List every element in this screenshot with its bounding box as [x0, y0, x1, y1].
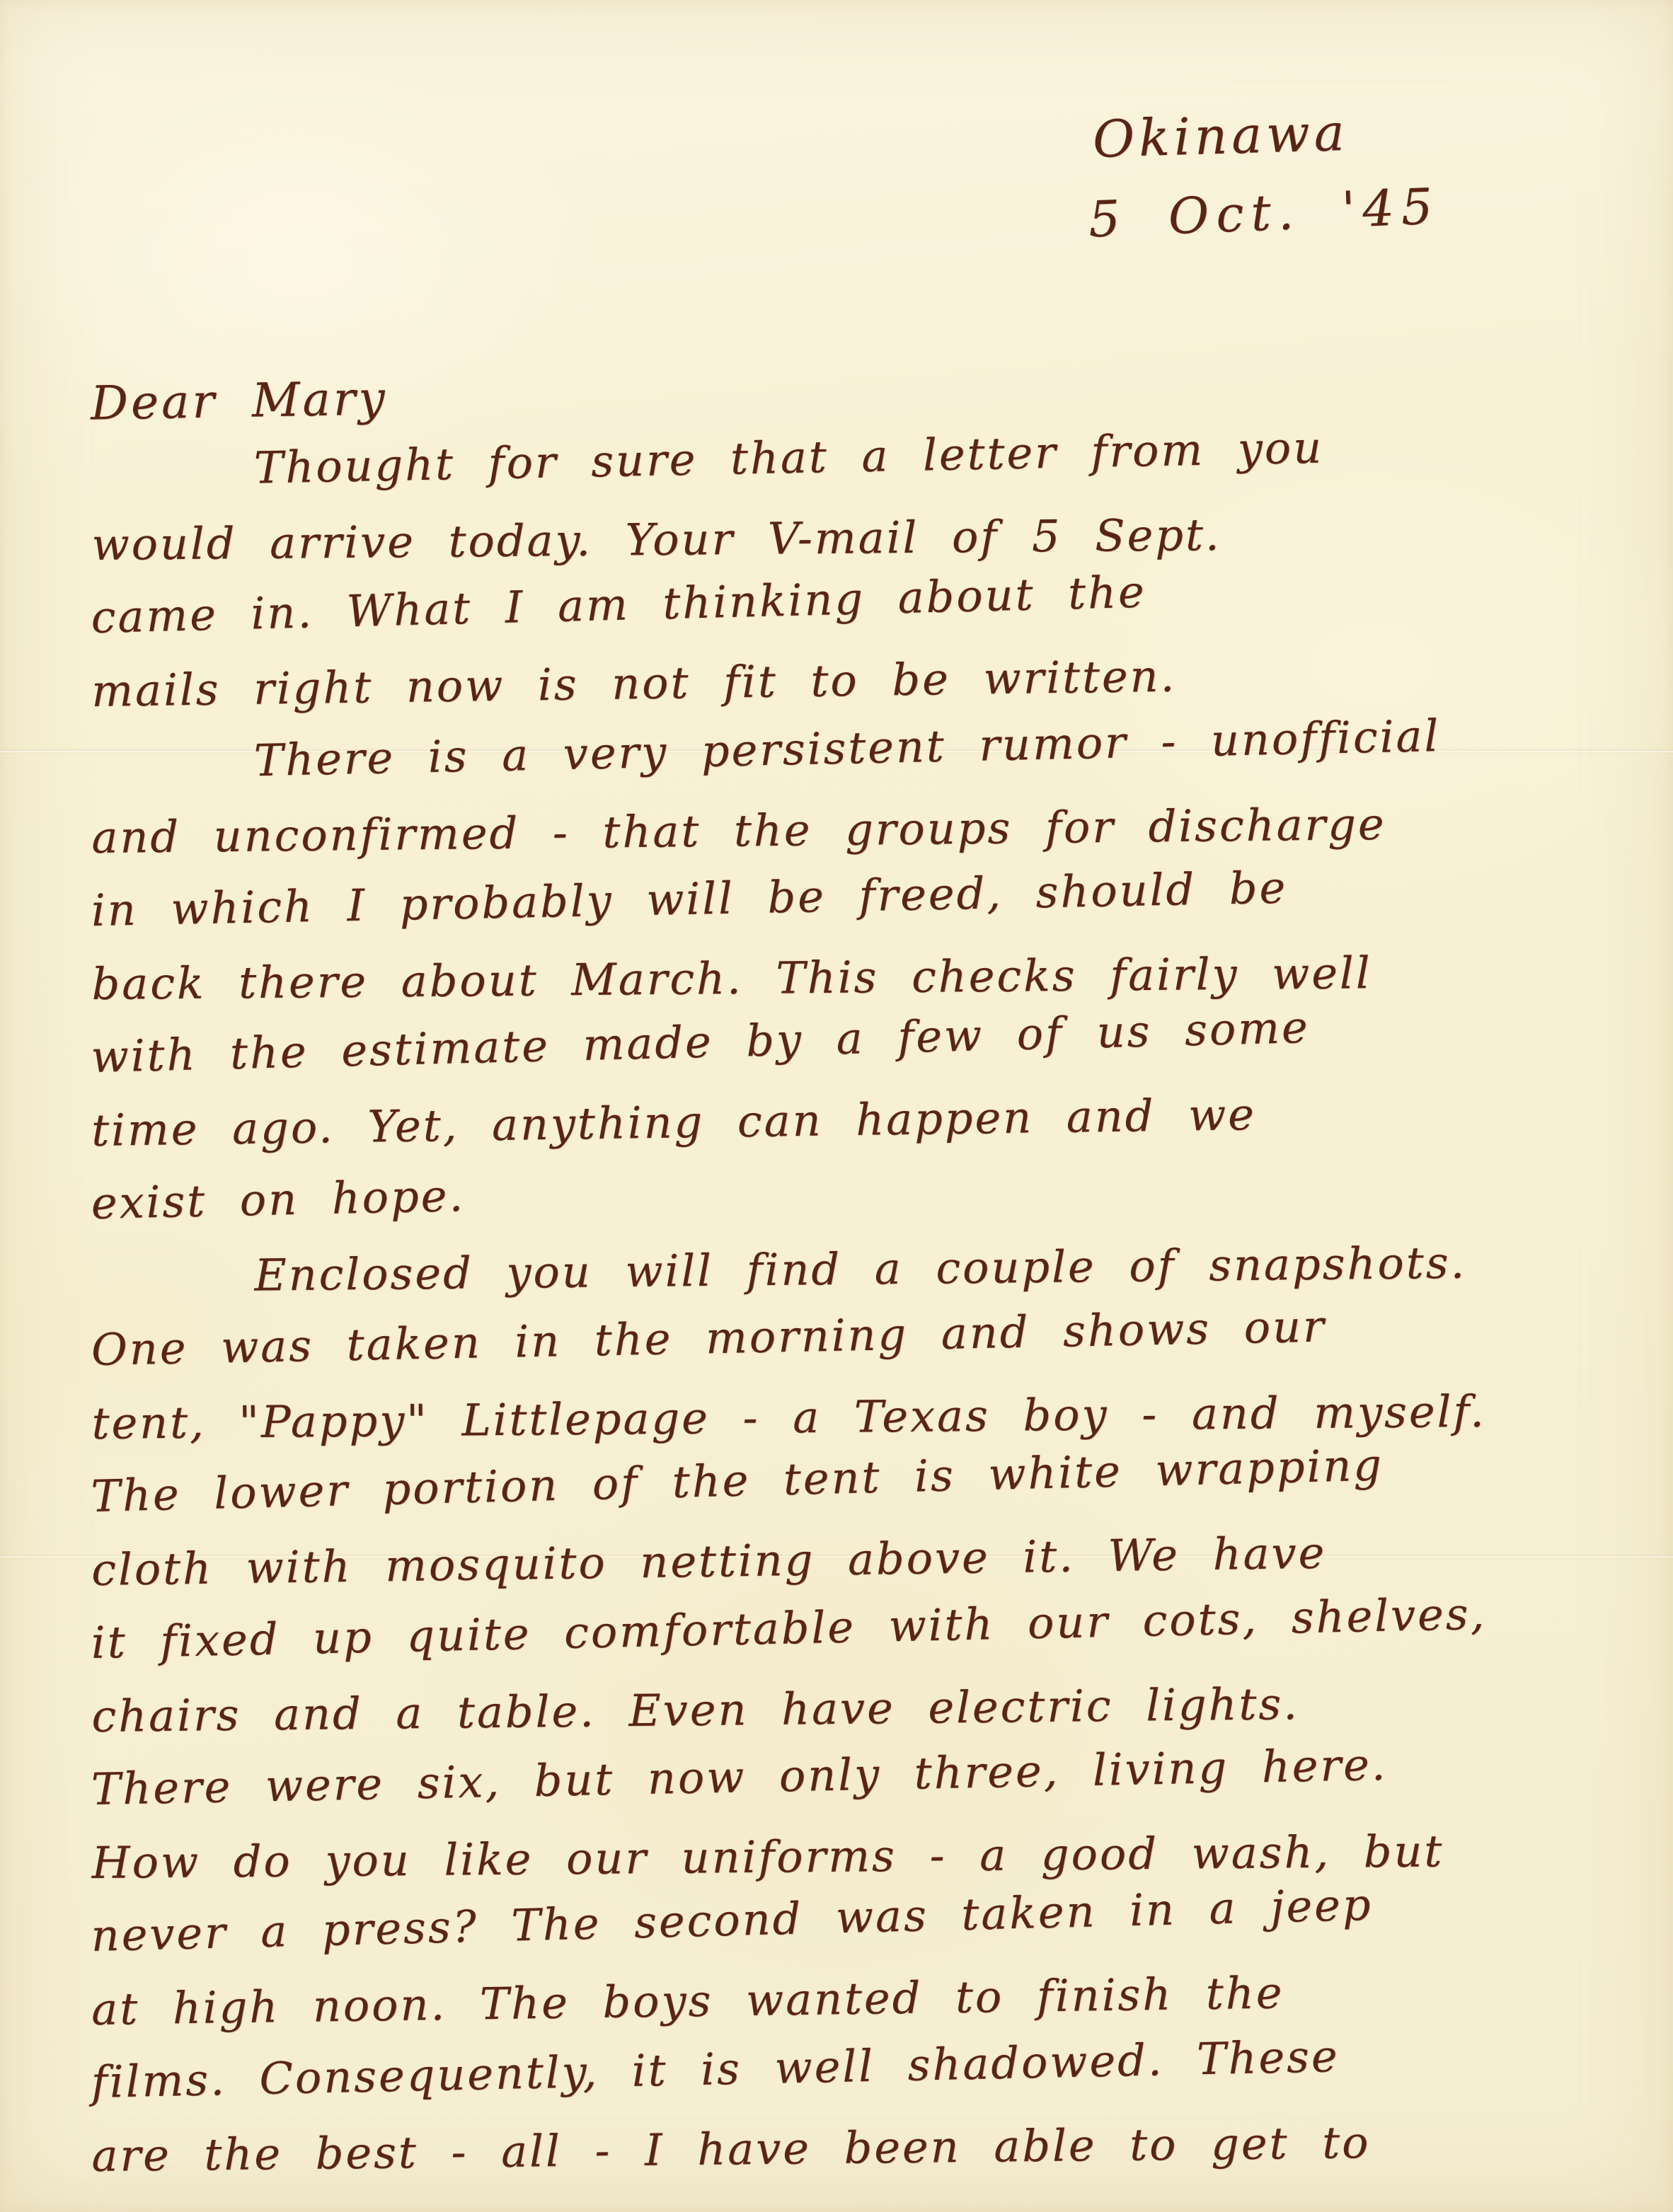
salutation: Dear Mary: [90, 371, 388, 430]
heading-date: 5 Oct. '45: [1087, 178, 1440, 249]
letter-body: Thought for sure that a letter from youw…: [92, 437, 1631, 2195]
letter-line: are the best - all - I have been able to…: [91, 2106, 1631, 2195]
heading-location: Okinawa: [1092, 100, 1440, 169]
letter-heading: Okinawa 5 Oct. '45: [1093, 105, 1439, 242]
letter-page: Okinawa 5 Oct. '45 Dear Mary Thought for…: [0, 0, 1673, 2212]
